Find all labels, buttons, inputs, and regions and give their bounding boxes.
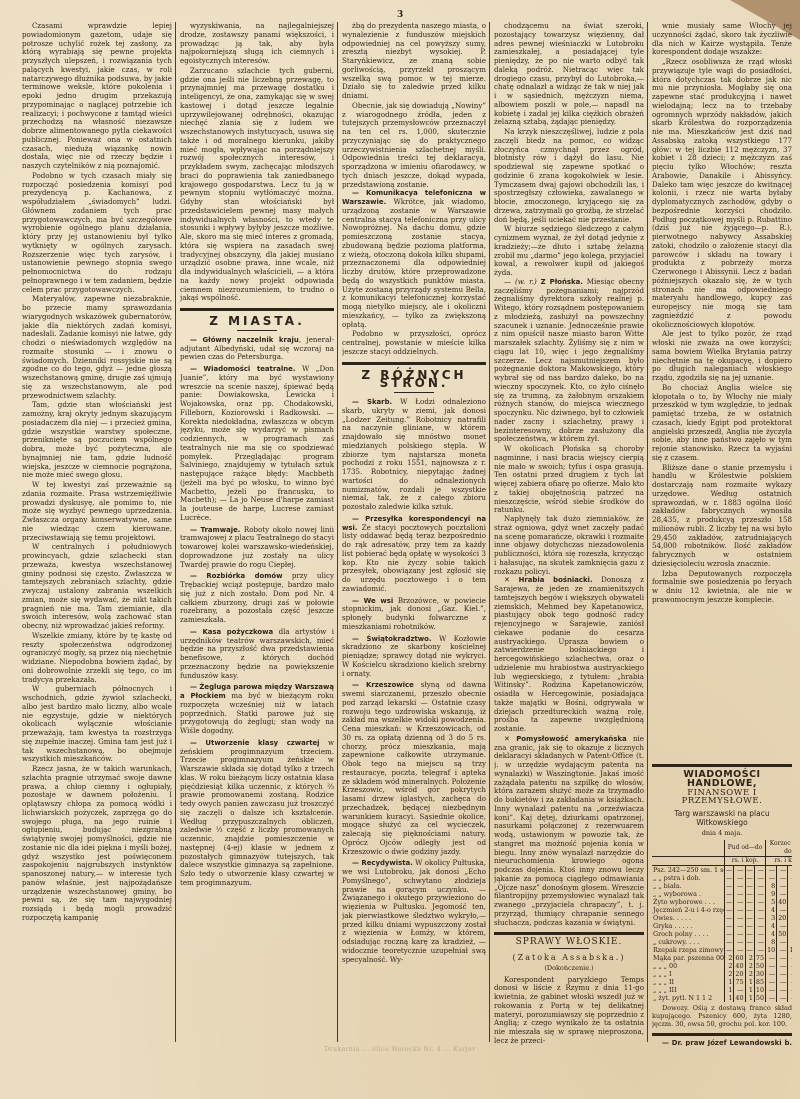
paragraph: Ale jest to tylko pozór, że rząd włoski … (652, 330, 792, 383)
news-item: — Świątokradztwo. W Kozłowie skradziono … (342, 635, 486, 679)
paragraph: Izba Deputowanych rozpoczęła formalnie s… (652, 570, 792, 605)
column-2: wyzyskiwania, na najlegalniejszej drodze… (180, 22, 334, 1046)
column-5: wnie musiały same Włochy jej uczynności … (652, 22, 792, 1046)
paragraph: żbą do prezydenta naszego miasta, o wyna… (342, 22, 486, 101)
paragraph: Tam, gdzie stan włościański jest zamożny… (22, 401, 172, 480)
market-row: Groch polny . . . .————450550 (652, 930, 792, 938)
column-3: żbą do prezydenta naszego miasta, o wyna… (342, 22, 486, 1046)
market-row: „ żyt. pytl. N 1 1 2140150———— (652, 994, 792, 1002)
market-deliveries: Dowozy. Ośią z dostawą franco skład kupu… (652, 1004, 792, 1028)
news-item: — Żegluga parowa między Warszawą a Płock… (180, 683, 334, 736)
section-divider (180, 308, 334, 311)
paragraph: Rzecz jasna, że w takich warunkach, szla… (22, 765, 172, 923)
market-table-title: Targ warszawski na placu Witkowskiego (652, 810, 792, 828)
market-row: Jęczmień 2-u i 4-o rzęd.————4—450 (652, 906, 792, 914)
news-item: — Rozbiórka domów przy ulicy Trębackiej … (180, 572, 334, 625)
market-date: dnia 4 maja. (652, 829, 792, 838)
paragraph: W tej kwestyi zaś przeważnie są zdania r… (22, 481, 172, 542)
section-title-z-miasta: Z MIASTA. (180, 317, 334, 326)
paragraph: W centralnych i południowych prowincyach… (22, 543, 172, 631)
column-4: chodzącemu na świat szeroki, pozostający… (494, 22, 644, 1046)
section-title-sprawy-wloskie: SPRAWY WŁOSKIE. (494, 938, 644, 947)
market-row: Żyto wyborowe . . .————540565 (652, 898, 792, 906)
newspaper-page: 3 Czasami wprawdzie lepiej powiadomionym… (0, 0, 800, 1099)
news-item: — Wiadomości teatralne. W „Don Juanie”, … (180, 365, 334, 523)
section-divider (342, 362, 486, 365)
market-row: „ „ wyborowa .————9—975 (652, 890, 792, 898)
market-row: Gryka . . . . .————4—450 (652, 922, 792, 930)
paragraph: Obecnie, jak się dowiadują „Nowiny” z wi… (342, 102, 486, 190)
article-pomyslowosc: ✕ Pomysłowość amerykańska nie zna granic… (494, 735, 644, 928)
paragraph: Bo chociaż Anglia wielce się kłopotała o… (652, 384, 792, 463)
paragraph: Czasami wprawdzie lepiej powiadomionym g… (22, 22, 172, 171)
market-price-table: Pud od—doKorzec od—dors. i kop.rs. i kop… (652, 840, 792, 1002)
title-underline (394, 392, 434, 393)
paragraph: wnie musiały same Włochy jej uczynności … (652, 22, 792, 57)
market-section-title: WIADOMOŚCI HANDLOWE, (652, 771, 792, 789)
section-divider (652, 764, 792, 767)
news-item: — We wsi Brzozówce, w powiecie stopnicki… (342, 597, 486, 632)
section-title-z-roznych-stron: Z RÓŻNYCH STRON. (342, 371, 486, 389)
section-divider (494, 932, 644, 935)
paragraph: chodzącemu na świat szeroki, pozostający… (494, 22, 644, 127)
article-sprawy-wloskie: Korespondent paryzkiego Temps donosi w l… (494, 976, 644, 1046)
paragraph: wyzyskiwania, na najlegalniejszej drodze… (180, 22, 334, 66)
news-item: — Recydywista. W okolicy Pułtuska, we ws… (342, 859, 486, 964)
news-item: — Główny naczelnik kraju, jenerał-adjuta… (180, 336, 334, 362)
market-row: „ „ „ I220230———— (652, 970, 792, 978)
market-row: Rzepak rzepa zimowy .————10—1065 (652, 946, 792, 954)
paragraph: Bliższe dane o stanie przemysłu i handlu… (652, 464, 792, 569)
paragraph: W biurze sędziego śledczego z całym cyni… (494, 225, 644, 278)
market-row: „ „ „ III1—110———— (652, 986, 792, 994)
section-subtitle: (Zatoka Assabska.) (494, 954, 644, 963)
market-row: „ „ biała.————8—850 (652, 882, 792, 890)
column-rule (647, 22, 648, 1042)
market-row: Owies. . . . .————320345 (652, 914, 792, 922)
article-telefon-extra: Podobno w przyszłości, oprócz centralnej… (342, 330, 486, 356)
market-row: „ cukrowy. . . .————8—850 (652, 938, 792, 946)
article-plonsk: — (w. r.) Z Płońska. Miesiąc obecny zacz… (494, 278, 644, 444)
column-rule (337, 22, 338, 1042)
page-number: 3 (397, 10, 403, 20)
article-telefon: — Komunikacya telefoniczna w Warszawie. … (342, 189, 486, 329)
news-item: — Krzeszowice słyną od dawna swemi siarc… (342, 681, 486, 856)
section-note: (Dokończenie.) (494, 964, 644, 973)
market-row: „ „ pstra i dob.———————— (652, 874, 792, 882)
paragraph: Podobno w tych czasach miały się rozpocz… (22, 172, 172, 295)
news-item: — Kasa pożyczkowa dla artystów i urzędni… (180, 628, 334, 681)
title-underline (549, 948, 589, 949)
title-underline (237, 330, 277, 331)
advertisement: — Dr. praw Józef Lewandowski b. Obrońca … (652, 1039, 792, 1046)
news-item: — Przesyłka korespondencyi na wsi. Ze st… (342, 515, 486, 594)
market-section-subtitle: FINANSOWE I PRZEMYSŁOWE. (652, 789, 792, 807)
paragraph: Na krzyk nieszczęśliwej, ludzie z pola z… (494, 128, 644, 224)
column-1: Czasami wprawdzie lepiej powiadomionym g… (22, 22, 172, 1046)
market-row: „ „ „ 00240250———— (652, 962, 792, 970)
market-row: Mąka par. pszenna 000260275———— (652, 954, 792, 962)
article-hrabia: ✕ Hrabia bośniacki. Donoszą z Sarajewa, … (494, 576, 644, 734)
column-rule (175, 22, 176, 1042)
paragraph: Wszelkie zmiany, które by tę kastę od re… (22, 632, 172, 685)
paragraph: Napłynęły tak dużo ziemniaków, że straż … (494, 515, 644, 576)
paragraph: Materyałów, zapewne niezabraknie, bo prz… (22, 295, 172, 400)
section-divider (652, 1033, 792, 1036)
market-row: Psz. 242—250 sm. 1 scd.———————— (652, 866, 792, 875)
news-item: — Utworzenie klasy czwartej w żeńskiem p… (180, 739, 334, 888)
column-rule (489, 22, 490, 1042)
article-plonsk-more: W okolicach Płońska są choroby nagminne,… (494, 445, 644, 515)
paragraph: W guberniach północnych i wschodnich, gd… (22, 685, 172, 764)
paragraph: „Rzecz osobliwsza że rząd włoski przywią… (652, 58, 792, 329)
news-item: — Skarb. W Łodzi odnaleziono skarb, ukry… (342, 398, 486, 512)
market-row: „ „ „ II175185———— (652, 978, 792, 986)
news-item: — Tramwaje. Roboty około nowej linii tra… (180, 526, 334, 570)
paragraph: Zarzucano szlachcie tych guberni, gdzie … (180, 67, 334, 303)
printer-footer: Drukarnia ... ulica Warecka Nr. 4 ... Ku… (20, 1046, 780, 1053)
